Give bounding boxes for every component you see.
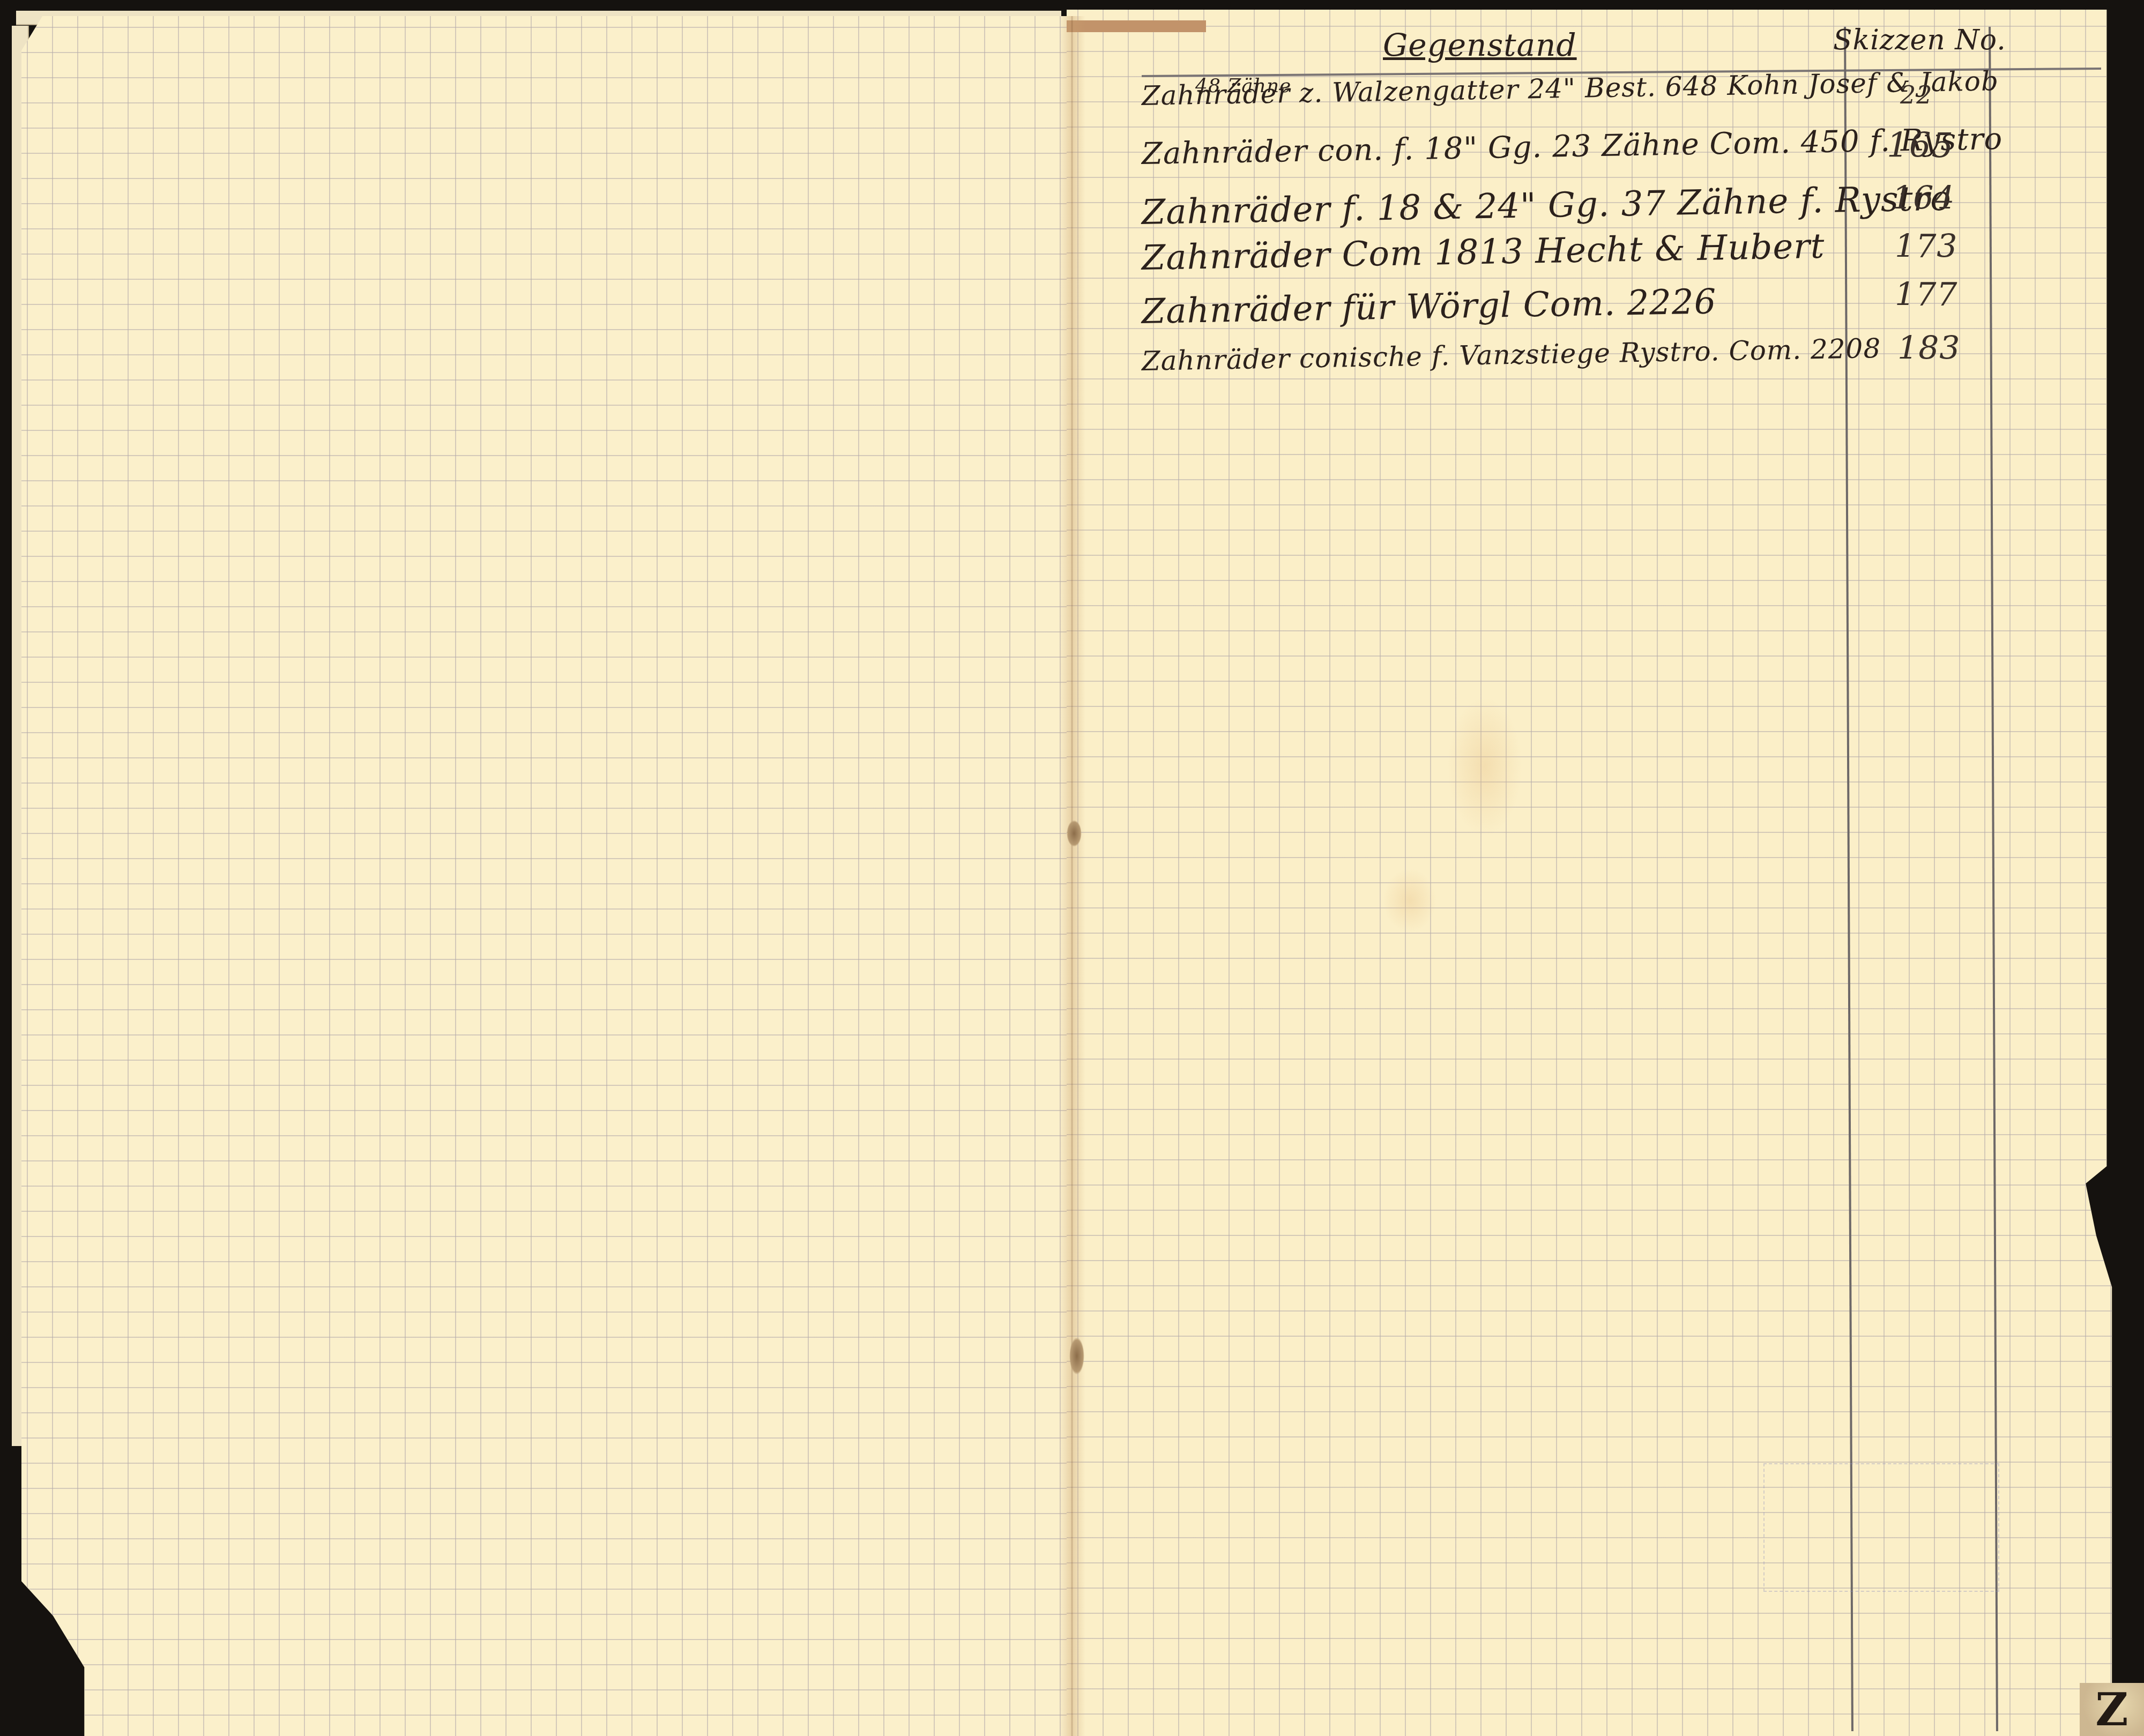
paper-stain (1447, 697, 1522, 836)
row-sketch-number: 22 (1900, 80, 1933, 109)
row-sketch-number: 165 (1887, 126, 1954, 166)
page-top-strip (1067, 20, 1206, 32)
row-sketch-number: 177 (1895, 276, 1958, 314)
row-sketch-number: 164 (1892, 180, 1955, 217)
spine-tear (1067, 820, 1082, 847)
book-spine (1059, 16, 1085, 1736)
row-sketch-number: 173 (1895, 228, 1958, 265)
left-page (21, 16, 1069, 1736)
corner-archive-mark: Z (2080, 1683, 2144, 1736)
faded-archive-stamp (1763, 1463, 1999, 1592)
paper-stain (1383, 868, 1436, 933)
spine-tear (1069, 1337, 1084, 1375)
column-header-description: Gegenstand (1383, 27, 1577, 63)
column-header-sketch-number: Skizzen No. (1833, 24, 2006, 56)
row-sketch-number: 183 (1897, 330, 1961, 367)
